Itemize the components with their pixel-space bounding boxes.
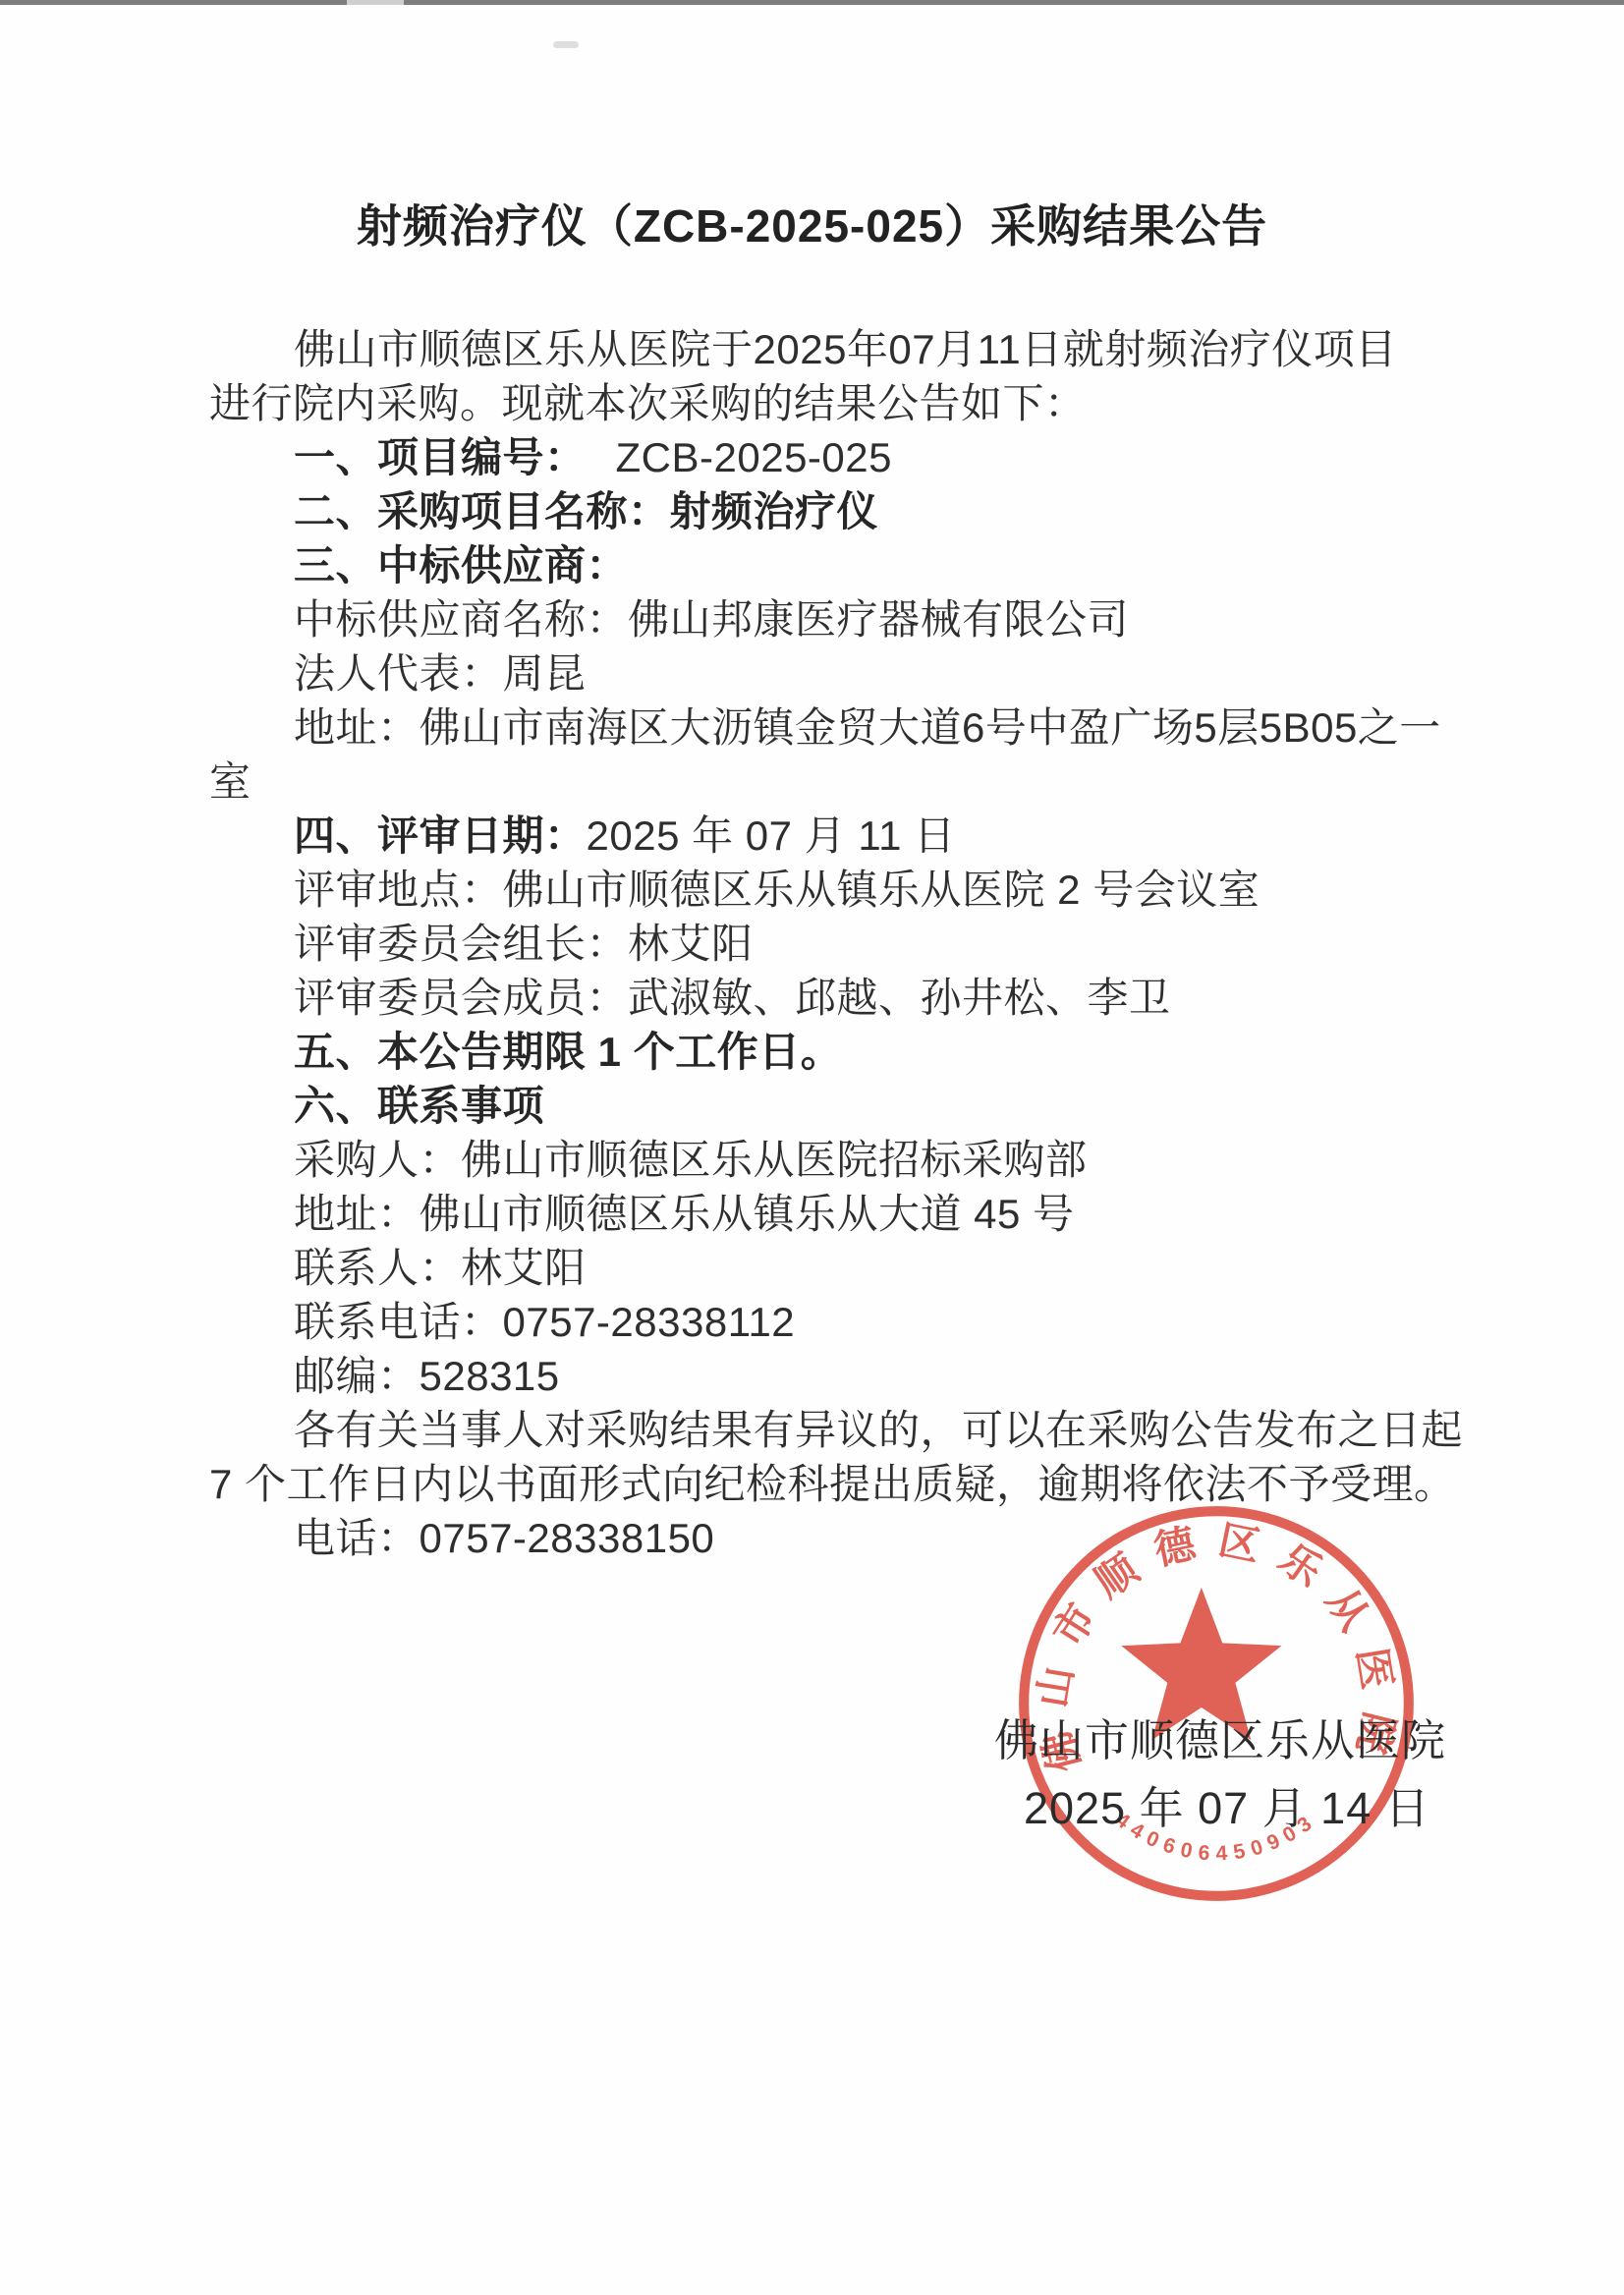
section-6-contact-heading: 六、联系事项: [209, 1079, 1506, 1133]
document-body: 佛山市顺德区乐从医院于2025年07月11日就射频治疗仪项目 进行院内采购。现就…: [209, 322, 1506, 1565]
scanned-document-page: { "document": { "title": "射频治疗仪（ZCB-2025…: [0, 0, 1624, 2295]
scan-edge-artifact: [0, 0, 1624, 5]
review-committee-members-line: 评审委员会成员：武淑敏、邱越、孙井松、李卫: [209, 971, 1506, 1025]
review-location-line: 评审地点：佛山市顺德区乐从镇乐从医院 2 号会议室: [209, 863, 1506, 917]
section-4-label: 四、评审日期：: [294, 812, 587, 859]
signature-organization: 佛山市顺德区乐从医院: [994, 1705, 1446, 1768]
section-4-review-date: 四、评审日期：2025 年 07 月 11 日: [209, 809, 1506, 863]
supplier-address-line2: 室: [209, 755, 1506, 809]
section-1-project-number: 一、项目编号：ZCB-2025-025: [209, 430, 1506, 484]
scan-smudge-artifact: [553, 41, 579, 48]
paragraph-intro-line2: 进行院内采购。现就本次采购的结果公告如下：: [209, 376, 1506, 430]
section-4-value: 2025 年 07 月 11 日: [587, 812, 956, 859]
section-1-value: ZCB-2025-025: [587, 434, 892, 480]
paragraph-intro-line1: 佛山市顺德区乐从医院于2025年07月11日就射频治疗仪项目: [209, 322, 1506, 376]
contact-phone-line: 联系电话：0757-28338112: [209, 1295, 1506, 1349]
purchaser-line: 采购人：佛山市顺德区乐从医院招标采购部: [209, 1133, 1506, 1187]
section-2-project-name: 二、采购项目名称：射频治疗仪: [209, 484, 1506, 538]
supplier-name-line: 中标供应商名称：佛山邦康医疗器械有限公司: [209, 592, 1506, 646]
postal-code-line: 邮编：528315: [209, 1349, 1506, 1403]
objection-paragraph-line1: 各有关当事人对采购结果有异议的，可以在采购公告发布之日起: [209, 1403, 1506, 1457]
section-3-winning-supplier-heading: 三、中标供应商：: [209, 538, 1506, 592]
legal-representative-line: 法人代表：周昆: [209, 646, 1506, 700]
signature-date: 2025 年 07 月 14 日: [1024, 1772, 1430, 1836]
section-5-announcement-period: 五、本公告期限 1 个工作日。: [209, 1025, 1506, 1079]
review-committee-leader-line: 评审委员会组长：林艾阳: [209, 917, 1506, 971]
contact-person-line: 联系人：林艾阳: [209, 1241, 1506, 1295]
document-title: 射频治疗仪（ZCB-2025-025）采购结果公告: [0, 196, 1624, 255]
section-1-label: 一、项目编号：: [294, 434, 587, 480]
official-seal-stamp: 佛山市顺德区乐从医院 440606450903: [1008, 1495, 1425, 1912]
purchaser-address-line: 地址：佛山市顺德区乐从镇乐从大道 45 号: [209, 1187, 1506, 1241]
supplier-address-line1: 地址：佛山市南海区大沥镇金贸大道6号中盈广场5层5B05之一: [209, 700, 1506, 755]
